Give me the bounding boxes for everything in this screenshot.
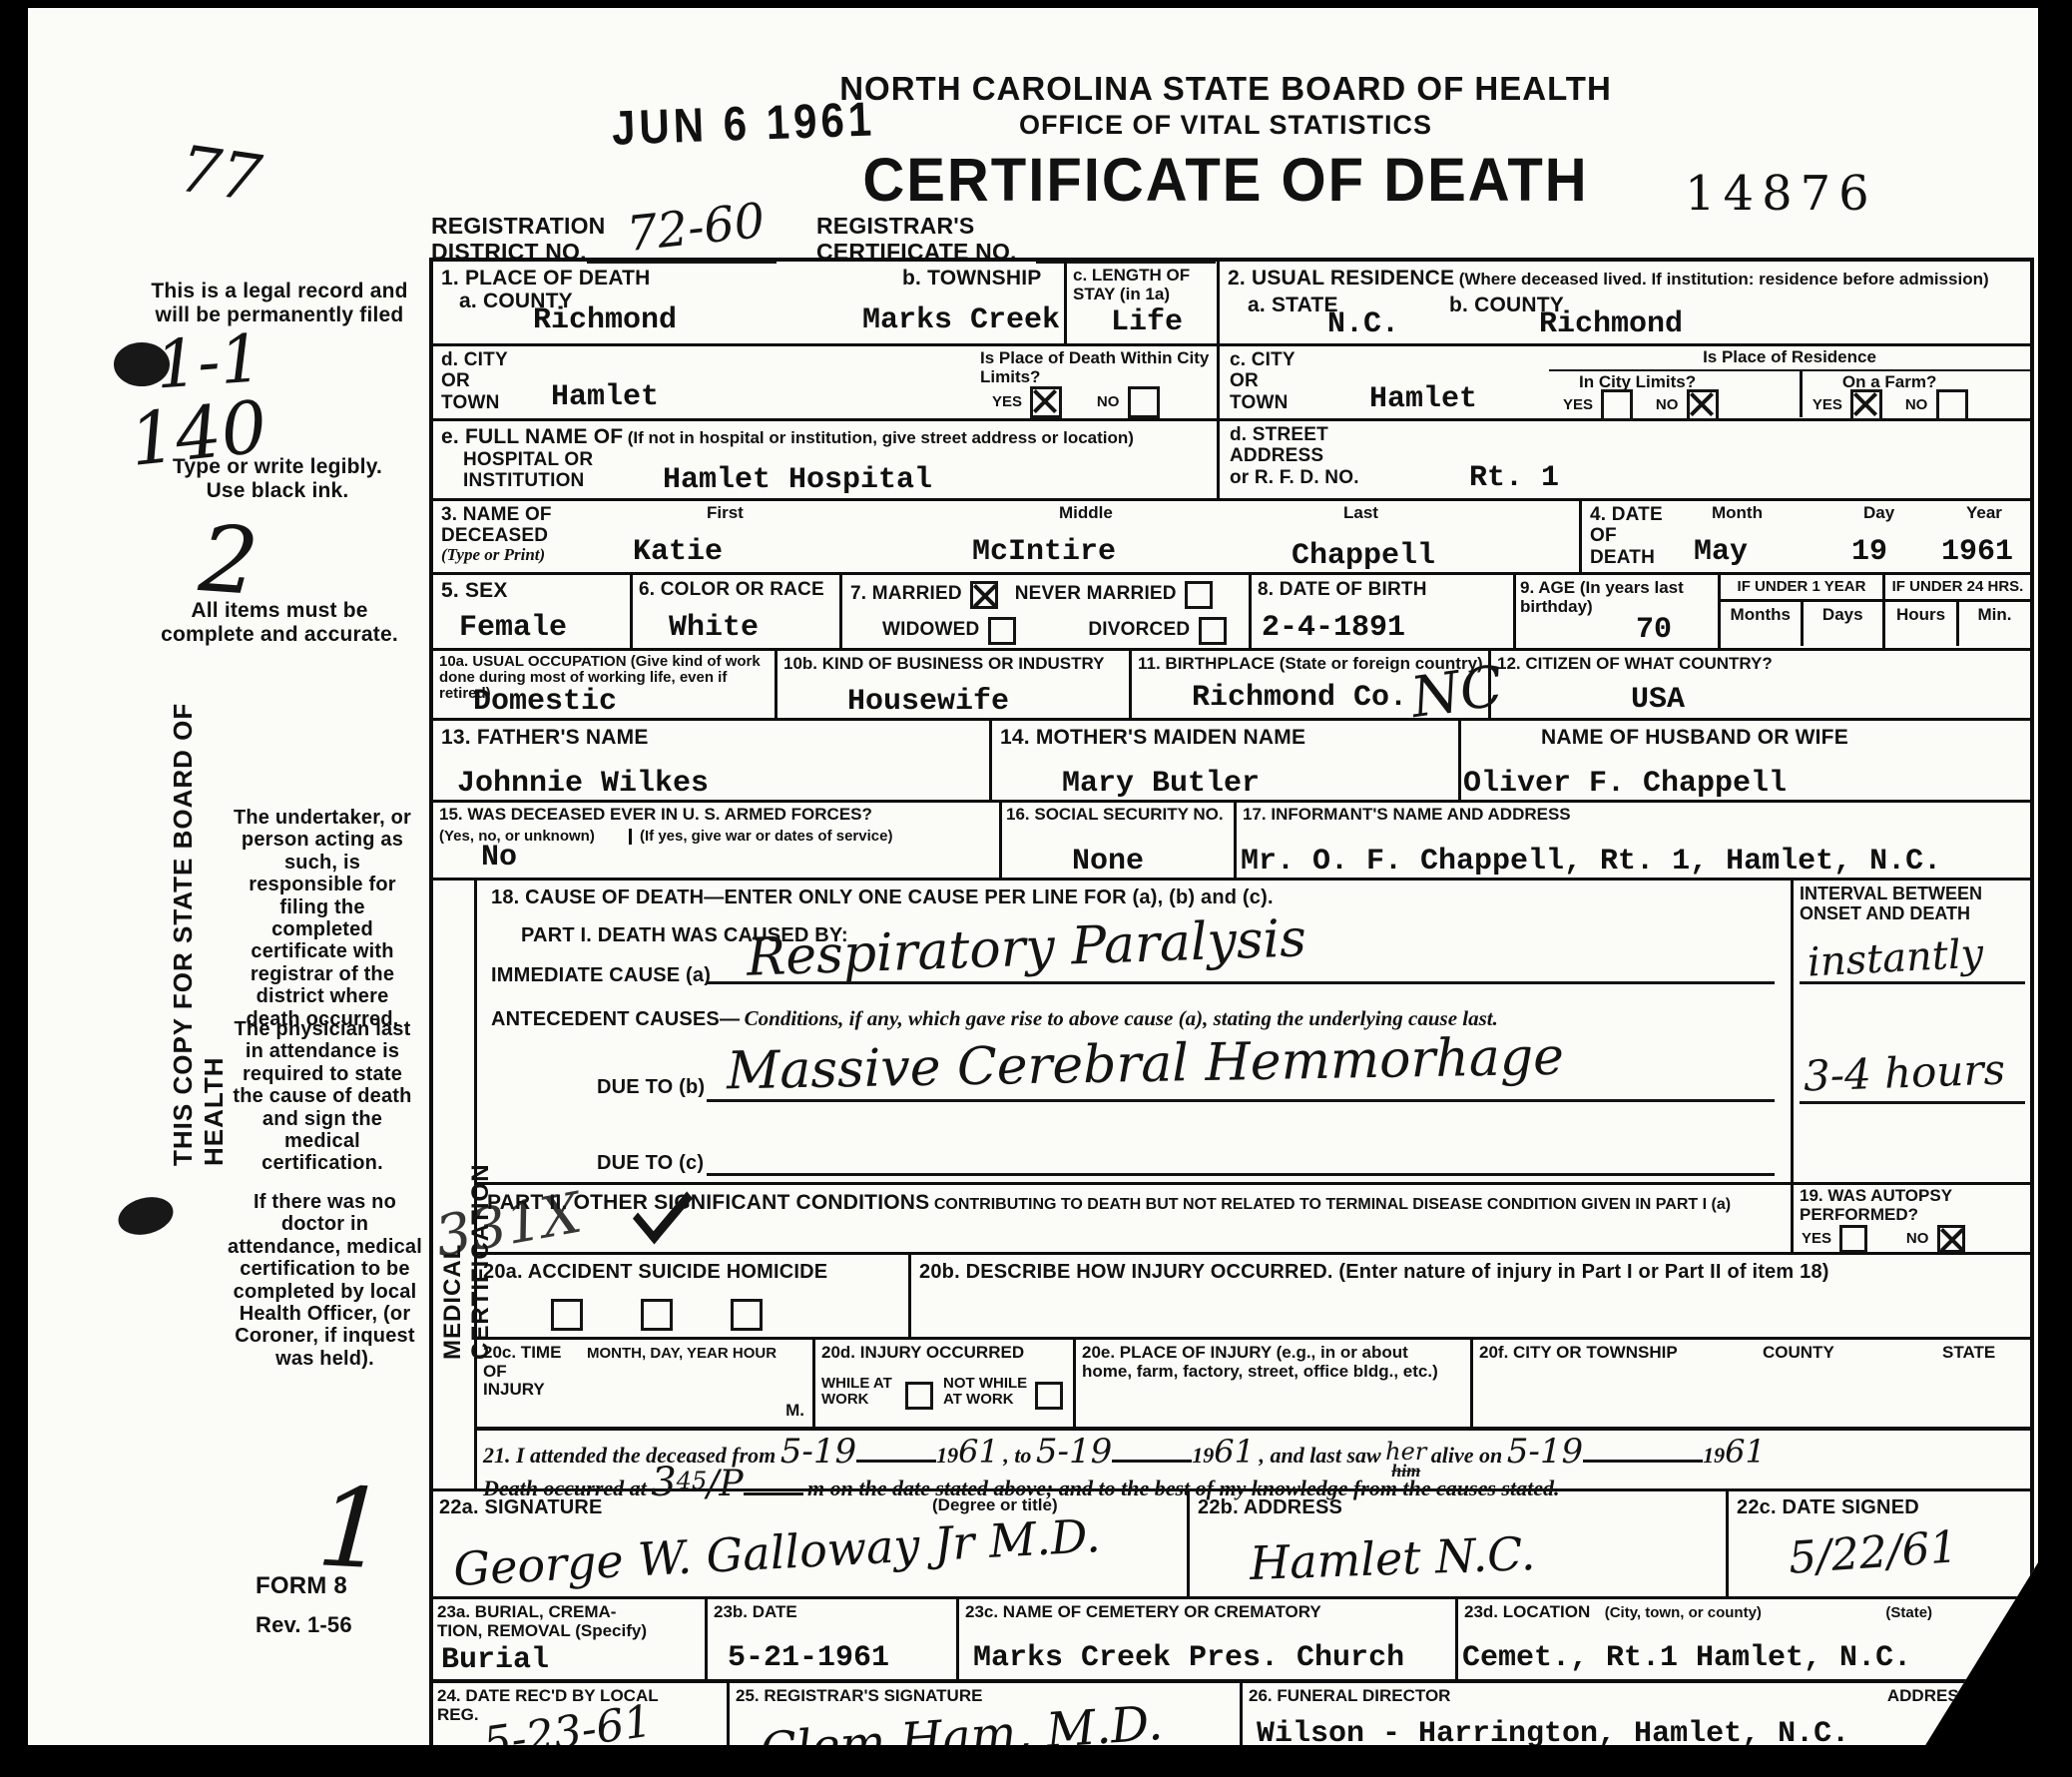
divorced-label: DIVORCED [1088,619,1190,640]
cause-of-death-title: 18. CAUSE OF DEATH—ENTER ONLY ONE CAUSE … [491,887,1274,908]
first-name-label: First [707,504,744,523]
residence-city-limits-no-checkbox [1687,389,1719,421]
time-of-injury-columns: MONTH, DAY, YEAR HOUR [587,1346,777,1362]
married-label: MARRIED [872,583,962,604]
death-city-limits-yes-checkbox [1030,386,1062,418]
part2-note: CONTRIBUTING TO DEATH BUT NOT RELATED TO… [934,1196,1731,1213]
certificate-number: 14876 [1685,166,1877,222]
birthplace-value: Richmond Co. [1192,683,1407,713]
immediate-cause-label: IMMEDIATE CAUSE (a) [491,964,711,986]
injury-county-label: COUNTY [1763,1344,1834,1363]
days-label: Days [1804,602,1883,646]
ssn-label: 16. SOCIAL SECURITY NO. [1006,806,1224,825]
name-of-deceased-label: 3. NAME OF DECEASED [441,504,552,547]
burial-type-value: Burial [441,1645,549,1675]
mothers-maiden-name-value: Mary Butler [1062,769,1260,799]
rule-line [1800,980,2025,984]
usual-residence-note: (Where deceased lived. If institution: r… [1459,270,1989,289]
citizen-label: 12. CITIZEN OF WHAT COUNTRY? [1497,655,1773,674]
kind-of-business-value: Housewife [847,687,1009,717]
time-m-label: M. [785,1402,804,1421]
death-city-limits-no-checkbox [1128,386,1160,418]
yes-label: YES [1802,1230,1831,1247]
registrar-signature-value: Clem Ham, M.D. [759,1695,1165,1777]
no-label: NO [1905,396,1928,413]
length-of-stay-value: Life [1111,307,1183,337]
yes-label: YES [1813,396,1842,413]
sex-label: 5. SEX [441,579,508,603]
burial-location-value: Cemet., Rt.1 Hamlet, N.C. [1462,1643,1911,1673]
registrar-signature-label: 25. REGISTRAR'S SIGNATURE [736,1687,982,1706]
accident-suicide-homicide-label: 20a. ACCIDENT SUICIDE HOMICIDE [483,1261,827,1283]
form-revision: Rev. 1-56 [256,1613,352,1638]
form-number: FORM 8 [256,1573,347,1600]
time-of-injury-label: 20c. TIME OF INJURY [483,1344,561,1400]
rule-line [707,1172,1775,1176]
husband-or-wife-label: NAME OF HUSBAND OR WIFE [1541,726,1848,750]
antecedent-label: ANTECEDENT CAUSES— [491,1008,740,1030]
margin-handwriting-77: 77 [176,138,265,213]
margin-note-undertaker: The undertaker, or person acting as such… [228,807,417,1030]
armed-forces-note2: (If yes, give war or dates of service) [629,829,892,845]
township-value: Marks Creek [862,305,1060,335]
length-of-stay-label: c. LENGTH OF STAY (in 1a) [1073,267,1190,303]
registration-district-value: 72-60 [625,197,768,259]
mothers-maiden-name-label: 14. MOTHER'S MAIDEN NAME [1000,726,1305,750]
residence-state-label: a. STATE [1248,294,1338,317]
page-title: CERTIFICATE OF DEATH [727,145,1725,215]
physician-signature: George W. Galloway Jr M.D. [452,1508,1102,1596]
armed-forces-value: No [481,843,517,873]
hours-label: Hours [1885,602,1959,646]
armed-forces-label: 15. WAS DECEASED EVER IN U. S. ARMED FOR… [439,806,872,825]
hole-punch [114,1191,177,1240]
residence-state-value: N.C. [1327,309,1399,339]
hospital-name-label: e. FULL NAME OF [441,425,623,448]
hole-punch [114,342,170,386]
widowed-label: WIDOWED [882,619,979,640]
cemetery-value: Marks Creek Pres. Church [973,1643,1404,1673]
place-of-death-title: 1. PLACE OF DEATH [441,267,651,291]
never-married-label: NEVER MARRIED [1015,583,1177,604]
day-label: Day [1863,504,1894,523]
burial-location-state-note: (State) [1885,1604,1932,1621]
date-of-birth-label: 8. DATE OF BIRTH [1258,579,1427,600]
residence-county-value: Richmond [1539,309,1683,339]
immediate-cause-value: Respiratory Paralysis [746,912,1306,984]
burial-location-note: (City, town, or county) [1605,1604,1762,1621]
month-label: Month [1712,504,1763,523]
due-to-b-value: Massive Cerebral Hemmorhage [727,1031,1565,1098]
antecedent-note: Conditions, if any, which gave rise to a… [745,1006,1498,1030]
autopsy-label: 19. WAS AUTOPSY PERFORMED? [1794,1185,2030,1226]
date-signed-label: 22c. DATE SIGNED [1737,1496,1919,1518]
color-or-race-label: 6. COLOR OR RACE [639,579,824,600]
interval-label: INTERVAL BETWEEN ONSET AND DEATH [1794,881,2030,928]
death-year-value: 1961 [1941,537,2013,567]
informant-label: 17. INFORMANT'S NAME AND ADDRESS [1243,806,1571,825]
street-address-value: Rt. 1 [1469,463,1559,493]
married-checkbox [970,581,998,609]
death-city-limits-label: Is Place of Death Within City Limits? [980,349,1220,386]
if-under-24-hrs-label: IF UNDER 24 HRS. [1885,575,2030,602]
funeral-director-address-label: ADDRESS [1887,1687,1970,1706]
husband-or-wife-value: Oliver F. Chappell [1463,769,1787,799]
signer-address-label: 22b. ADDRESS [1198,1496,1342,1518]
hospital-name-note: (If not in hospital or institution, give… [628,428,1134,447]
no-label: NO [1656,396,1679,413]
margin-note-nodoctor: If there was no doctor in attendance, me… [228,1191,422,1370]
accident-checkbox [551,1299,583,1331]
margin-handwriting-2: 2 [197,513,261,609]
homicide-checkbox [731,1299,763,1331]
kind-of-business-label: 10b. KIND OF BUSINESS OR INDUSTRY [783,655,1104,674]
yes-label: YES [1563,396,1593,413]
fathers-name-label: 13. FATHER'S NAME [441,726,649,750]
injury-city-label: 20f. CITY OR TOWNSHIP [1479,1344,1678,1363]
suicide-checkbox [641,1299,673,1331]
first-name-value: Katie [633,537,723,567]
certificate-page: 77 This is a legal record and will be pe… [28,8,2038,1745]
header-line2: OFFICE OF VITAL STATISTICS [727,110,1725,141]
on-farm-yes-checkbox [1850,389,1882,421]
if-under-1-year-label: IF UNDER 1 YEAR [1721,575,1882,602]
widowed-checkbox [988,617,1016,645]
cemetery-label: 23c. NAME OF CEMETERY OR CREMATORY [965,1603,1321,1622]
last-name-label: Last [1343,504,1378,523]
due-to-c-label: DUE TO (c) [597,1152,704,1174]
type-or-print-note: (Type or Print) [441,545,545,565]
signer-address-value: Hamlet N.C. [1249,1526,1536,1590]
no-label: NO [1906,1230,1929,1247]
usual-residence-title: 2. USUAL RESIDENCE [1228,267,1454,290]
hospital-name-value: Hamlet Hospital [663,465,932,495]
age-value: 70 [1636,615,1672,645]
scanned-document: 77 This is a legal record and will be pe… [0,0,2072,1777]
date-of-birth-value: 2-4-1891 [1262,613,1405,643]
burial-date-value: 5-21-1961 [728,1643,889,1673]
date-of-death-label: 4. DATE OF DEATH [1590,504,1663,568]
ssn-value: None [1072,847,1144,877]
fathers-name-value: Johnnie Wilkes [457,769,709,799]
death-day-value: 19 [1851,537,1887,567]
informant-value: Mr. O. F. Chappell, Rt. 1, Hamlet, N.C. [1241,847,1941,877]
street-address-label: d. STREET ADDRESS or R. F. D. NO. [1230,424,1359,488]
age-label: 9. AGE (In years last birthday) [1520,579,1684,616]
date-signed-value: 5/22/61 [1788,1525,1959,1581]
citizen-value: USA [1631,685,1685,715]
is-place-of-residence-label: Is Place of Residence [1549,346,2030,371]
burial-date-label: 23b. DATE [714,1603,797,1622]
place-of-injury-label: 20e. PLACE OF INJURY (e.g., in or about … [1082,1344,1438,1381]
township-label: b. TOWNSHIP [902,267,1041,291]
due-to-b-label: DUE TO (b) [597,1076,705,1098]
county-value: Richmond [533,305,677,335]
sex-value: Female [459,613,567,643]
burial-location-label: 23d. LOCATION [1464,1602,1590,1621]
residence-city-value: Hamlet [1369,384,1477,414]
color-or-race-value: White [669,613,759,643]
hospital-name-label2: HOSPITAL OR INSTITUTION [463,449,593,492]
funeral-director-value: Wilson - Harrington, Hamlet, N.C. [1257,1719,1849,1749]
yes-label: YES [992,393,1022,410]
city-or-town-value: Hamlet [551,382,659,412]
middle-name-label: Middle [1059,504,1113,523]
residence-city-limits-yes-checkbox [1601,389,1633,421]
middle-name-value: McIntire [972,537,1116,567]
min-label: Min. [1959,602,2030,646]
not-while-at-work-checkbox [1035,1382,1063,1410]
injury-state-label: STATE [1942,1344,1995,1363]
margin-note-legal: This is a legal record and will be perma… [146,280,413,326]
while-at-work-checkbox [905,1382,933,1410]
margin-handwriting-1: 1 [314,1472,390,1585]
injury-occurred-label: 20d. INJURY OCCURRED [821,1344,1024,1363]
describe-injury-label: 20b. DESCRIBE HOW INJURY OCCURRED. (Ente… [919,1261,1829,1283]
header-line1: NORTH CAROLINA STATE BOARD OF HEALTH [727,70,1725,108]
margin-note-physician: The physician last in attendance is requ… [228,1018,417,1175]
her-handwritten: her [1385,1440,1426,1464]
no-label: NO [1097,393,1120,410]
autopsy-yes-checkbox [1839,1225,1867,1253]
last-name-value: Chappell [1292,541,1435,571]
interval-b-value: 3-4 hours [1803,1048,2005,1097]
residence-city-label: c. CITY OR TOWN [1230,349,1295,413]
certificate-form: 1. PLACE OF DEATH a. COUNTY Richmond b. … [429,258,2034,1763]
margin-vertical-copy-label: THIS COPY FOR STATE BOARD OF HEALTH [168,627,230,1166]
autopsy-no-checkbox [1937,1225,1965,1253]
months-label: Months [1721,602,1804,646]
interval-a-value: instantly [1807,933,1984,982]
year-label: Year [1966,504,2002,523]
death-month-value: May [1694,537,1748,567]
signature-label: 22a. SIGNATURE [439,1496,603,1518]
usual-occupation-value: Domestic [473,687,617,717]
on-farm-no-checkbox [1936,389,1968,421]
while-at-work-label: WHILE AT WORK [821,1376,892,1408]
funeral-director-label: 26. FUNERAL DIRECTOR [1249,1687,1450,1706]
margin-note-legibly: Type or write legibly. Use black ink. [158,455,397,502]
city-or-town-label: d. CITY OR TOWN [441,349,508,413]
never-married-checkbox [1185,581,1213,609]
rule-line [1800,1100,2025,1104]
not-while-at-work-label: NOT WHILE AT WORK [943,1376,1027,1408]
divorced-checkbox [1199,617,1227,645]
burial-type-label: 23a. BURIAL, CREMA- TION, REMOVAL (Speci… [437,1603,647,1640]
